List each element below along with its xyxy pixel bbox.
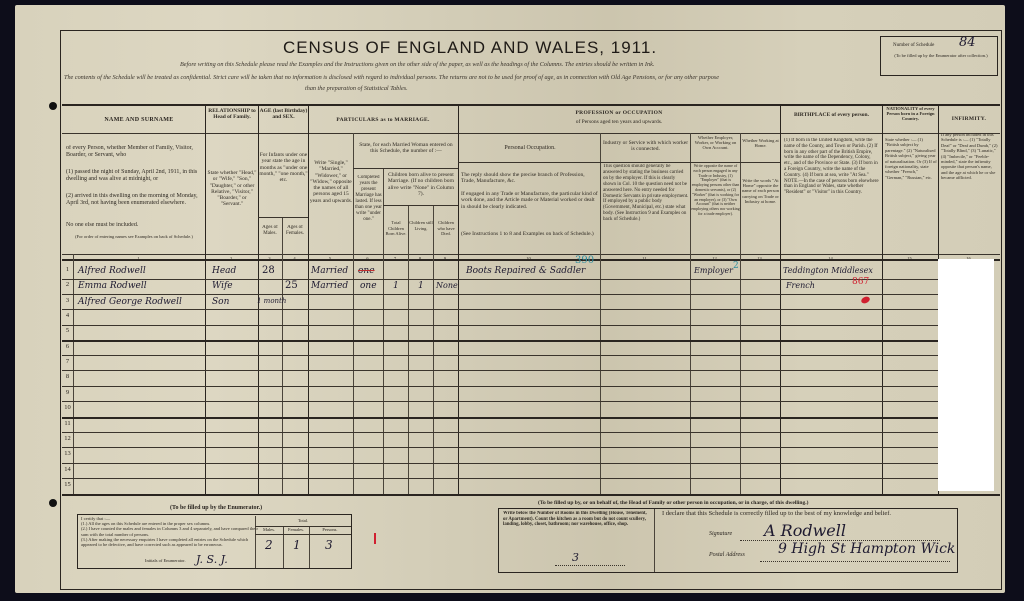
row-number: 13 (62, 450, 73, 457)
col-num-15: 15. (882, 256, 938, 261)
col-num-7: 7. (383, 256, 408, 261)
instruction-line: Before writing on this Schedule please r… (180, 61, 654, 68)
col-relationship-header: RELATIONSHIP to Head of Family. (206, 108, 258, 121)
col-num-2: 2. (205, 256, 258, 261)
row-number: 2 (62, 281, 73, 288)
col-marriage-living: Children still Living. (409, 220, 433, 231)
col-age-body: For Infants under one year state the age… (259, 152, 308, 183)
col-occupation-header: PROFESSION or OCCUPATION (458, 110, 780, 116)
col-num-3: 3. (258, 256, 282, 261)
address-label: Postal Address (709, 552, 745, 558)
total-persons[interactable]: 3 (325, 538, 333, 552)
row-2-birth-code: 867 (852, 277, 869, 287)
row-2-name[interactable]: Emma Rodwell (78, 281, 147, 291)
row-2-children-living[interactable]: 1 (418, 281, 424, 291)
schedule-number-box: Number of Schedule 84 (To be filled up b… (880, 36, 998, 76)
col-personal-occupation: Personal Occupation. (460, 145, 600, 151)
row-number: 4 (62, 312, 73, 319)
col-infirmity-header: INFIRMITY. (939, 116, 999, 122)
col-divider (600, 133, 601, 495)
row-number: 7 (62, 358, 73, 365)
col-divider (433, 205, 434, 495)
row-number: 3 (62, 297, 73, 304)
rooms-value[interactable]: 3 (572, 551, 579, 564)
col-nationality-header: NATIONALITY of every Person born in a Fo… (883, 106, 938, 121)
col-marriage-header: PARTICULARS as to MARRIAGE. (308, 117, 458, 123)
row-1-relationship[interactable]: Head (212, 266, 236, 276)
marriage-sub-rule (353, 168, 458, 169)
row-2-birthplace[interactable]: French (786, 281, 815, 290)
enumerator-initials[interactable]: J. S. J. (196, 553, 228, 566)
row-1-occupation[interactable]: Boots Repaired & Saddler (466, 266, 585, 276)
col-name-body-2: (1) passed the night of Sunday, April 2n… (66, 169, 202, 183)
schedule-number-note: (To be filled up by the Enumerator after… (891, 53, 991, 58)
col-num-4: 4. (282, 256, 308, 261)
row-1-age-male[interactable]: 28 (262, 265, 275, 276)
enumerator-heading: (To be filled up by the Enumerator.) (170, 505, 262, 511)
col-num-1: 1. (73, 256, 205, 261)
row-number: 1 (62, 266, 73, 273)
enumerator-certify: I certify that :— (1.) All the ages on t… (81, 516, 261, 556)
row-number: 15 (62, 481, 73, 488)
col-personal-body-1: The reply should show the precise branch… (461, 172, 598, 185)
col-marriage-children: Children born alive to present Marriage.… (385, 172, 457, 197)
col-employer: Whether Employer, Worker, or Working on … (691, 135, 740, 150)
redacted-infirmity-box (938, 259, 994, 491)
col-marriage-total: Total Children Born Alive. (384, 220, 408, 237)
col-birthplace-body: (1) If born in the United Kingdom, write… (784, 138, 880, 250)
col-divider (383, 168, 384, 495)
row-2-years[interactable]: one (360, 281, 377, 291)
row-number: 11 (62, 420, 73, 427)
header-top-rule (62, 104, 1000, 106)
total-females[interactable]: 1 (293, 538, 301, 552)
row-3-age-male[interactable]: 1 month (257, 297, 286, 305)
col-num-6: 6. (353, 256, 383, 261)
total-males[interactable]: 2 (265, 538, 273, 552)
totals-label: Total. (255, 518, 351, 523)
col-marriage-condition: Write "Single," "Married," "Widower," or… (309, 160, 353, 204)
row-number: 6 (62, 343, 73, 350)
schedule-number-value[interactable]: 84 (959, 35, 976, 50)
age-sub-rule (258, 217, 308, 218)
confidential-line-2: than the preparation of Statistical Tabl… (305, 85, 408, 92)
col-name-body-4: No one else must be included. (66, 222, 202, 228)
col-occupation-header-sub: of Persons aged ten years and upwards. (458, 119, 780, 125)
row-2-age-female[interactable]: 25 (285, 280, 298, 291)
row-1-employer[interactable]: Employer (694, 266, 733, 275)
col-divider (73, 254, 74, 495)
col-num-8: 8. (408, 256, 433, 261)
enumerator-initials-label: Initials of Enumerator. (145, 558, 186, 563)
row-3-relationship[interactable]: Son (212, 297, 229, 307)
col-name-header: NAME AND SURNAME (73, 117, 205, 123)
col-num-11: 11. (600, 256, 690, 261)
col-personal-body-2: If engaged in any Trade or Manufacture, … (461, 191, 598, 210)
col-industry: Industry or Service with which worker is… (601, 140, 690, 153)
col-marriage-died: Children who have Died. (434, 220, 458, 237)
children-sub-rule (383, 205, 458, 206)
col-num-5: 5. (308, 256, 353, 261)
row-2-total-children[interactable]: 1 (393, 281, 399, 291)
col-nationality-body: State whether :— (1) "British subject by… (885, 137, 937, 249)
col-name-body-3: (2) arrived in this dwelling on the morn… (66, 193, 202, 207)
signature-value[interactable]: A Rodwell (764, 521, 846, 540)
schedule-number-label: Number of Schedule (893, 43, 934, 48)
row-2-relationship[interactable]: Wife (212, 281, 233, 291)
rooms-instruction: Write below the Number of Rooms in this … (503, 511, 651, 528)
occupation-sub-rule (458, 162, 780, 163)
row-3-name[interactable]: Alfred George Rodwell (78, 297, 182, 307)
col-personal-body-3: (See Instructions 1 to 8 and Examples on… (461, 231, 598, 237)
row-number: 8 (62, 373, 73, 380)
col-age-header: AGE (last Birthday) and SEX. (259, 108, 308, 121)
row-1-birthplace[interactable]: Teddington Middlesex (783, 266, 873, 275)
confidential-line-1: The contents of the Schedule will be tre… (64, 74, 874, 81)
row-number: 10 (62, 404, 73, 411)
page-title: CENSUS OF ENGLAND AND WALES, 1911. (60, 38, 880, 58)
col-industry-body: This question should generally be answer… (603, 164, 689, 244)
col-divider (408, 205, 409, 495)
row-2-children-died[interactable]: None (436, 281, 458, 290)
head-heading: (To be filled up by, or on behalf of, th… (538, 500, 808, 506)
col-age-females: Ages of Females. (282, 225, 308, 238)
females-label: Females. (283, 527, 309, 532)
row-1-occupation-code: 390 (575, 255, 594, 266)
header-bottom-rule (62, 254, 1000, 255)
col-divider (882, 104, 883, 495)
header-mid-rule (62, 133, 1000, 134)
col-divider (780, 104, 781, 495)
address-value[interactable]: 9 High St Hampton Wick (778, 541, 955, 557)
row-number: 9 (62, 389, 73, 396)
row-number: 5 (62, 327, 73, 334)
col-num-9: 9. (433, 256, 458, 261)
row-1-name[interactable]: Alfred Rodwell (78, 266, 146, 276)
signature-label: Signature (709, 531, 732, 537)
punch-hole-bottom (49, 499, 57, 507)
row-number: 12 (62, 435, 73, 442)
col-infirmity-body: If any person included in this Schedule … (941, 132, 998, 250)
row-1-condition[interactable]: Married (311, 266, 348, 276)
col-age-males: Ages of Males. (258, 225, 282, 238)
col-num-13: 13. (740, 256, 780, 261)
declaration: I declare that this Schedule is correctl… (662, 510, 891, 517)
row-1-years[interactable]: one (358, 266, 375, 276)
col-marriage-years: Completed years the present Marriage has… (354, 175, 383, 223)
persons-label: Persons. (309, 527, 351, 532)
col-name-body-1: of every Person, whether Member of Famil… (66, 145, 202, 159)
col-name-body-5: (For order of entering names see Example… (66, 234, 202, 239)
row-1-employer-code: 2 (733, 261, 739, 271)
col-employer-body: Write opposite the name of each person e… (691, 164, 740, 252)
col-home-body: Write the words "At Home" opposite the n… (741, 178, 780, 204)
col-num-14: 14. (780, 256, 882, 261)
col-birthplace-header: BIRTHPLACE of every person. (781, 112, 882, 118)
col-relationship-body: State whether "Head," or "Wife," "Son," … (207, 170, 257, 208)
col-home: Whether Working at Home. (741, 138, 780, 148)
row-2-condition[interactable]: Married (311, 281, 348, 291)
red-pencil-tick (374, 533, 376, 544)
col-marriage-married-women: State, for each Married Woman entered on… (355, 142, 457, 155)
males-label: Males. (255, 527, 283, 532)
col-divider (205, 104, 206, 495)
row-number: 14 (62, 466, 73, 473)
punch-hole-top (49, 102, 57, 110)
